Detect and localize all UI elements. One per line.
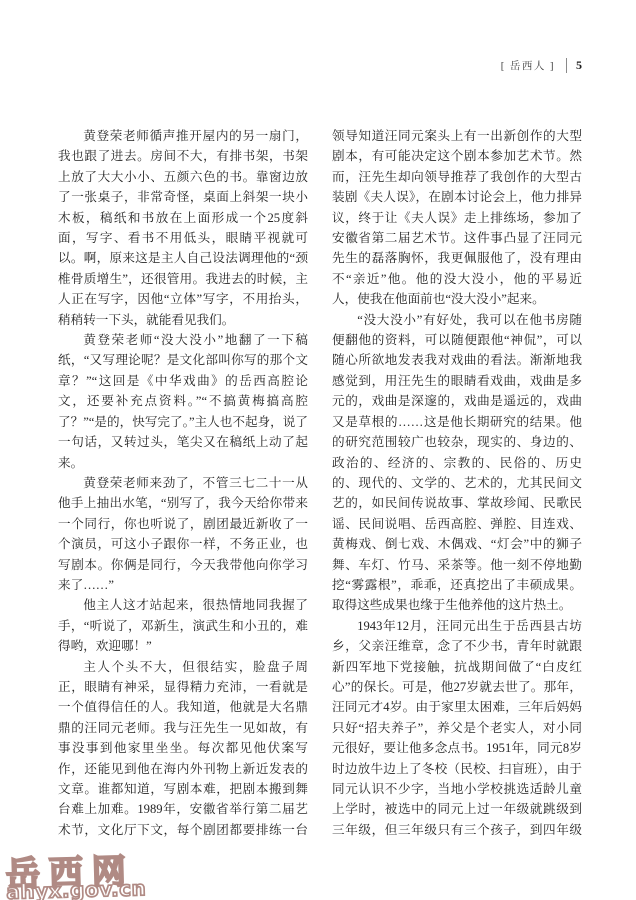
paragraph: “没大没小”有好处，我可以在他书房随便翻他的资料，可以随便跟他“神侃”，可以随心… — [332, 310, 582, 616]
paragraph: 领导知道汪同元案头上有一出新创作的大型剧本，有可能决定这个剧本参加艺术节。然而，… — [332, 126, 582, 310]
paragraph: 主人个头不大，但很结实，脸盘子周正，眼睛有神采，显得精力充沛，一看就是一个值得信… — [58, 657, 308, 842]
left-column: 黄登荣老师循声推开屋内的另一扇门，我也跟了进去。房间不大，有排书架，书架上放了大… — [58, 126, 308, 842]
journal-title: [ 岳西人 ] — [501, 58, 555, 73]
page-number: 5 — [576, 58, 582, 73]
running-head: [ 岳西人 ] 5 — [0, 58, 582, 73]
watermark-site-name: 岳西网 — [5, 853, 146, 893]
watermark-site-url: ahyx.gov.cn — [6, 878, 146, 900]
right-column: 领导知道汪同元案头上有一出新创作的大型剧本，有可能决定这个剧本参加艺术节。然而，… — [332, 126, 582, 842]
header-divider — [566, 58, 567, 73]
paragraph: 黄登荣老师来劲了，不管三七二十一从他手上抽出水笔，“别写了，我今天给你带来一个同… — [58, 473, 308, 595]
paragraph: 黄登荣老师“没大没小”地翻了一下稿纸，“又写理论呢？是文化部叫你写的那个文章？”… — [58, 330, 308, 473]
paragraph: 他主人这才站起来，很热情地同我握了手，“听说了，邓新生，演武生和小丑的，难得哟，… — [58, 595, 308, 656]
site-watermark: 岳西网 ahyx.gov.cn — [5, 853, 146, 900]
paragraph: 1943年12月，汪同元出生于岳西县古坊乡，父亲汪维章，念了不少书，青年时就跟新… — [332, 616, 582, 842]
paragraph: 黄登荣老师循声推开屋内的另一扇门，我也跟了进去。房间不大，有排书架，书架上放了大… — [58, 126, 308, 330]
text-body: 黄登荣老师循声推开屋内的另一扇门，我也跟了进去。房间不大，有排书架，书架上放了大… — [58, 126, 582, 842]
book-page: [ 岳西人 ] 5 黄登荣老师循声推开屋内的另一扇门，我也跟了进去。房间不大，有… — [0, 0, 636, 900]
